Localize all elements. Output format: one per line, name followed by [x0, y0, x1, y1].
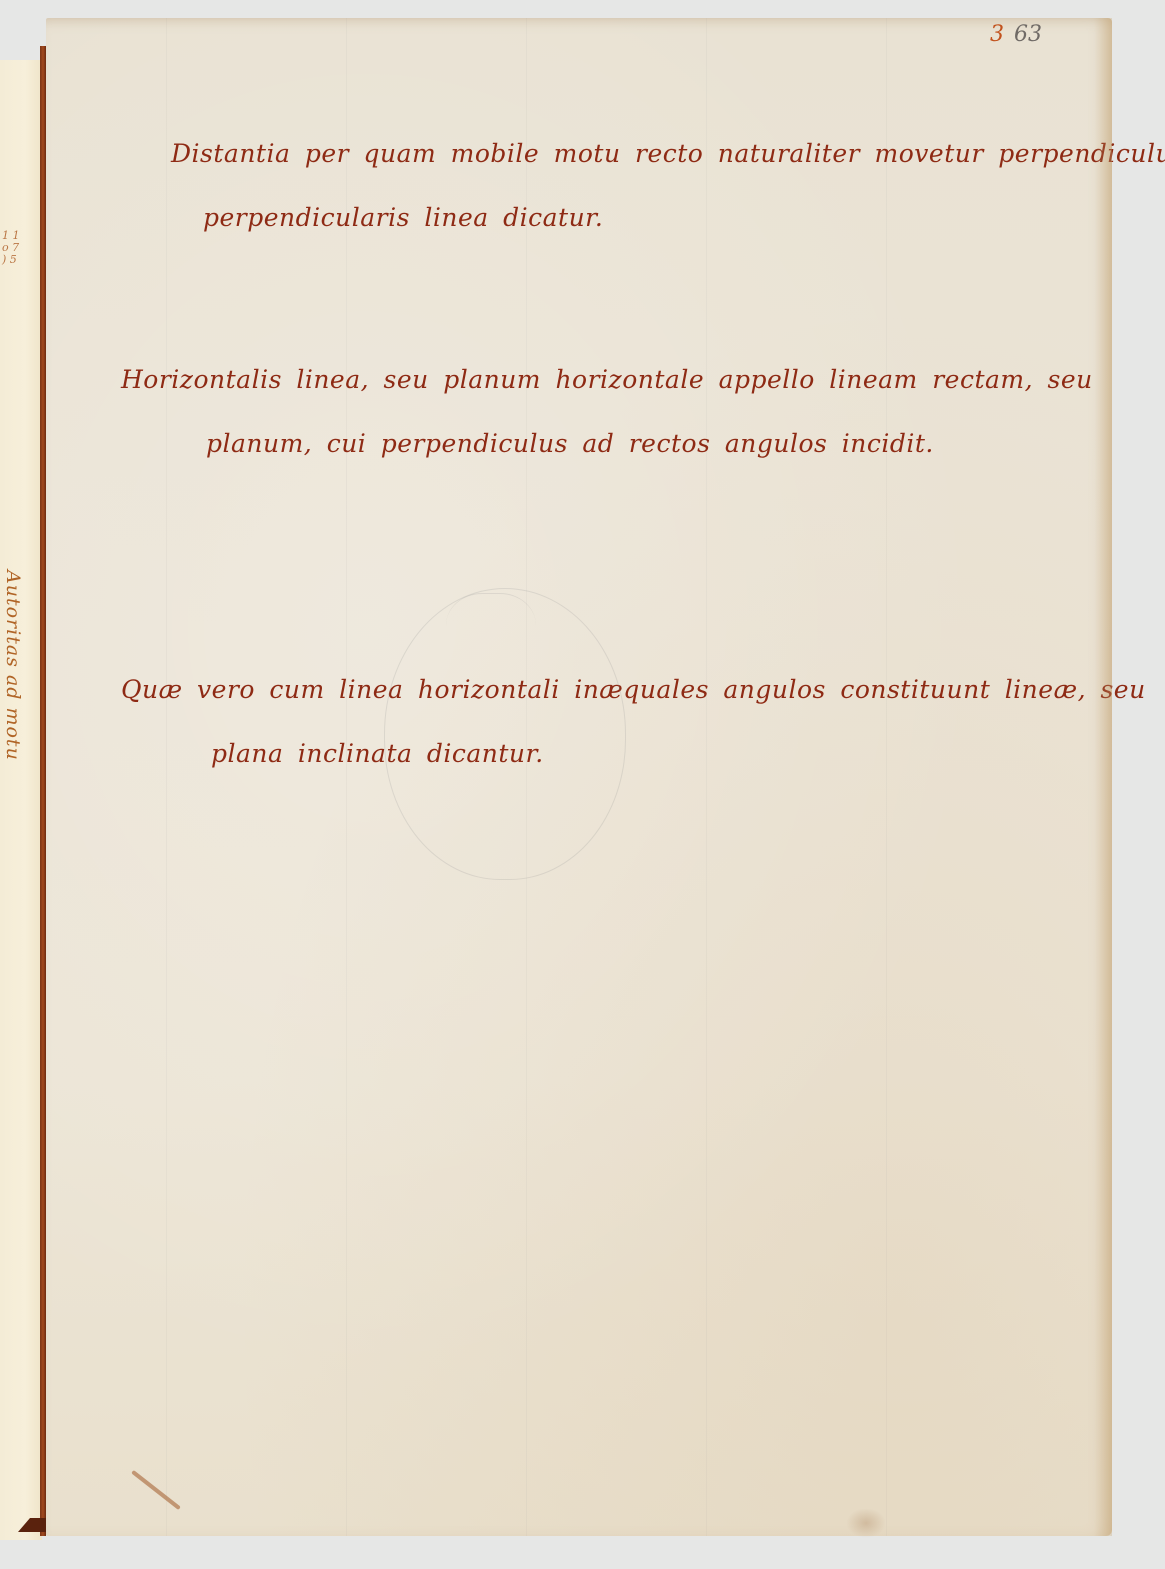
text-line: Distantia per quam mobile motu recto nat…: [171, 122, 1165, 186]
folio-red-mark: 3: [990, 22, 1004, 47]
text-line: perpendicularis linea dicatur.: [171, 186, 1165, 250]
note-line: ) 5: [2, 253, 17, 266]
adjacent-leaf: 1 1 o 7 ) 5 Autoritas ad motu: [0, 60, 42, 1540]
adjacent-leaf-notes: 1 1 o 7 ) 5: [2, 230, 20, 266]
folio-number: 363: [990, 22, 1042, 47]
text-line: Horizontalis linea, seu planum horizonta…: [121, 348, 1093, 412]
manuscript-page: 363 Distantia per quam mobile motu recto…: [46, 18, 1112, 1536]
foxing-stain: [846, 1508, 886, 1538]
adjacent-leaf-title: Autoritas ad motu: [4, 570, 24, 870]
ink-stain: [131, 1470, 181, 1510]
text-line: plana inclinata dicantur.: [121, 722, 1146, 786]
watermark-crown: [446, 593, 536, 674]
folio-grey-mark: 63: [1014, 22, 1042, 47]
definition-inclined: Quæ vero cum linea horizontali inæquales…: [121, 658, 1146, 786]
text-line: planum, cui perpendiculus ad rectos angu…: [121, 412, 1093, 476]
adjacent-leaf-sketch: [0, 940, 40, 1300]
text-line: Quæ vero cum linea horizontali inæquales…: [121, 658, 1146, 722]
definition-perpendicular: Distantia per quam mobile motu recto nat…: [171, 122, 1165, 250]
definition-horizontal: Horizontalis linea, seu planum horizonta…: [121, 348, 1093, 476]
